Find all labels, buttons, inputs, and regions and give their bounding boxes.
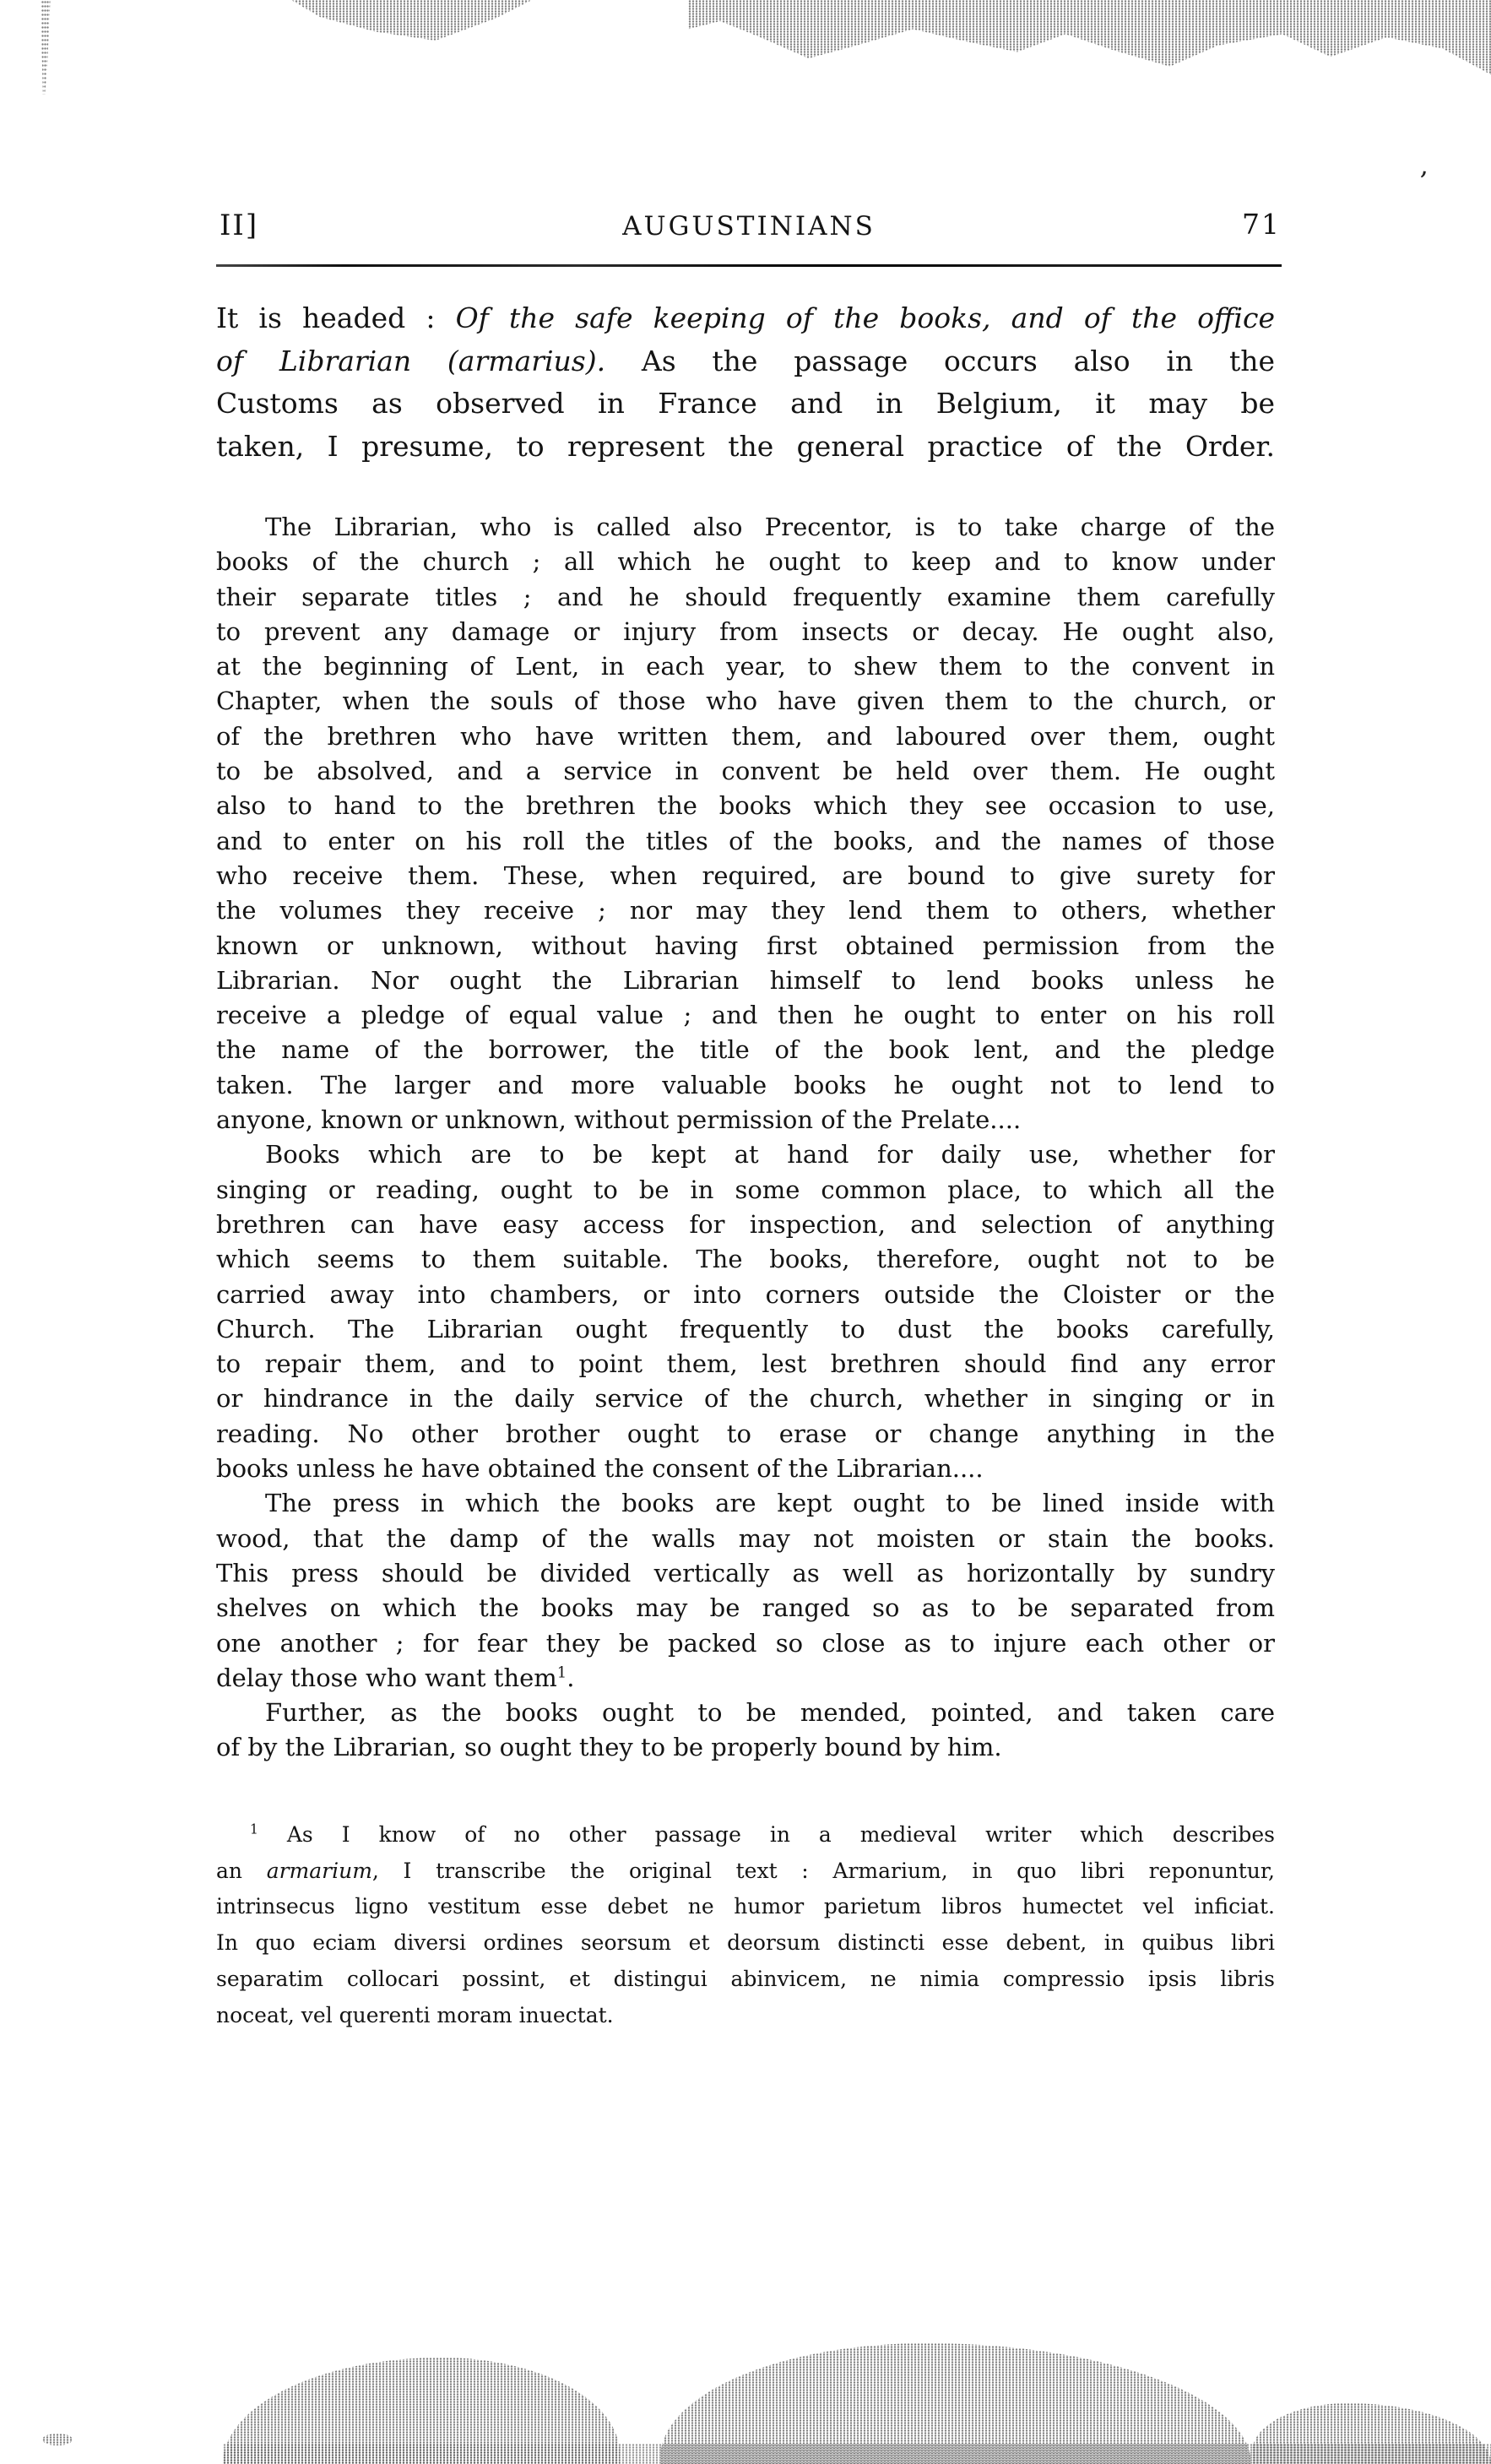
footnote-line: In quo eciam diversi ordines seorsum et … <box>216 1925 1275 1962</box>
intro-italic-text: Of the safe keeping of the books, and of… <box>456 301 1275 334</box>
body-text: The Librarian, who is called also Precen… <box>216 510 1275 1766</box>
body-line: Books which are to be kept at hand for d… <box>216 1137 1275 1172</box>
body-line: Further, as the books ought to be mended… <box>216 1696 1275 1730</box>
body-line: to prevent any damage or injury from ins… <box>216 615 1275 649</box>
scan-noise-speck <box>42 2434 73 2445</box>
body-line: books unless he have obtained the consen… <box>216 1452 1275 1486</box>
footnote-line: 1 As I know of no other passage in a med… <box>216 1817 1275 1853</box>
footnote-line: separatim collocari possint, et distingu… <box>216 1962 1275 1998</box>
scan-noise-top-band <box>688 0 1491 81</box>
footnote-text: , I transcribe the original text : Armar… <box>372 1859 1275 1883</box>
body-line: books of the church ; all which he ought… <box>216 545 1275 579</box>
footnote-line: an armarium, I transcribe the original t… <box>216 1853 1275 1890</box>
intro-line: taken, I presume, to represent the gener… <box>216 426 1275 469</box>
footnote-line: noceat, vel querenti moram inuectat. <box>216 1998 1275 2034</box>
body-line: of the brethren who have written them, a… <box>216 719 1275 754</box>
footnote-reference: 1 <box>557 1663 567 1681</box>
page-number: 71 <box>1060 208 1281 241</box>
intro-line: Customs as observed in France and in Bel… <box>216 383 1275 426</box>
body-line: also to hand to the brethren the books w… <box>216 789 1275 823</box>
intro-paragraph: It is headed : Of the safe keeping of th… <box>216 297 1275 468</box>
body-line: Chapter, when the souls of those who hav… <box>216 684 1275 719</box>
body-line: who receive them. These, when required, … <box>216 859 1275 893</box>
body-line: wood, that the damp of the walls may not… <box>216 1522 1275 1556</box>
book-page: ’ II] AUGUSTINIANS 71 It is headed : Of … <box>0 0 1491 2464</box>
body-line: to be absolved, and a service in convent… <box>216 754 1275 789</box>
body-line: of by the Librarian, so ought they to be… <box>216 1730 1275 1765</box>
body-text-run: . <box>567 1663 574 1692</box>
scan-noise-top-blob <box>291 0 532 41</box>
body-line: This press should be divided vertically … <box>216 1556 1275 1591</box>
body-line: and to enter on his roll the titles of t… <box>216 824 1275 859</box>
intro-italic-text: of Librarian (armarius). <box>216 345 605 377</box>
stray-mark: ’ <box>1417 166 1429 198</box>
body-line: their separate titles ; and he should fr… <box>216 580 1275 615</box>
body-line: at the beginning of Lent, in each year, … <box>216 649 1275 684</box>
footnote-line: intrinsecus ligno vestitum esse debet ne… <box>216 1889 1275 1925</box>
footnote-italic-text: armarium <box>267 1859 372 1883</box>
scan-noise-top-left-edge <box>39 0 52 95</box>
scan-noise-bottom-strip <box>223 2444 1491 2464</box>
body-line: The press in which the books are kept ou… <box>216 1486 1275 1521</box>
body-line: to repair them, and to point them, lest … <box>216 1347 1275 1381</box>
body-line: singing or reading, ought to be in some … <box>216 1173 1275 1208</box>
body-text-run: delay those who want them <box>216 1663 557 1692</box>
footnote-marker: 1 <box>250 1822 258 1837</box>
body-line: receive a pledge of equal value ; and th… <box>216 998 1275 1033</box>
footnote-text: an <box>216 1859 267 1883</box>
body-line: known or unknown, without having first o… <box>216 929 1275 963</box>
body-line: one another ; for fear they be packed so… <box>216 1626 1275 1661</box>
body-line: Librarian. Nor ought the Librarian himse… <box>216 963 1275 998</box>
header-rule <box>216 264 1282 267</box>
body-line: brethren can have easy access for inspec… <box>216 1208 1275 1242</box>
body-line: shelves on which the books may be ranged… <box>216 1591 1275 1625</box>
footnote-text: As I know of no other passage in a medie… <box>258 1822 1275 1847</box>
body-line: Church. The Librarian ought frequently t… <box>216 1312 1275 1347</box>
body-line: anyone, known or unknown, without permis… <box>216 1103 1275 1137</box>
body-line: taken. The larger and more valuable book… <box>216 1068 1275 1103</box>
footnote: 1 As I know of no other passage in a med… <box>216 1817 1275 2033</box>
body-line: the name of the borrower, the title of t… <box>216 1033 1275 1067</box>
body-line: delay those who want them1. <box>216 1661 1275 1696</box>
intro-line: of Librarian (armarius). As the passage … <box>216 340 1275 383</box>
intro-line: It is headed : Of the safe keeping of th… <box>216 297 1275 340</box>
intro-text: It is headed : <box>216 301 456 334</box>
body-line: carried away into chambers, or into corn… <box>216 1278 1275 1312</box>
body-line: reading. No other brother ought to erase… <box>216 1417 1275 1452</box>
body-line: the volumes they receive ; nor may they … <box>216 893 1275 928</box>
intro-text: As the passage occurs also in the <box>605 345 1275 377</box>
body-line: The Librarian, who is called also Precen… <box>216 510 1275 545</box>
body-line: or hindrance in the daily service of the… <box>216 1381 1275 1416</box>
body-line: which seems to them suitable. The books,… <box>216 1242 1275 1277</box>
